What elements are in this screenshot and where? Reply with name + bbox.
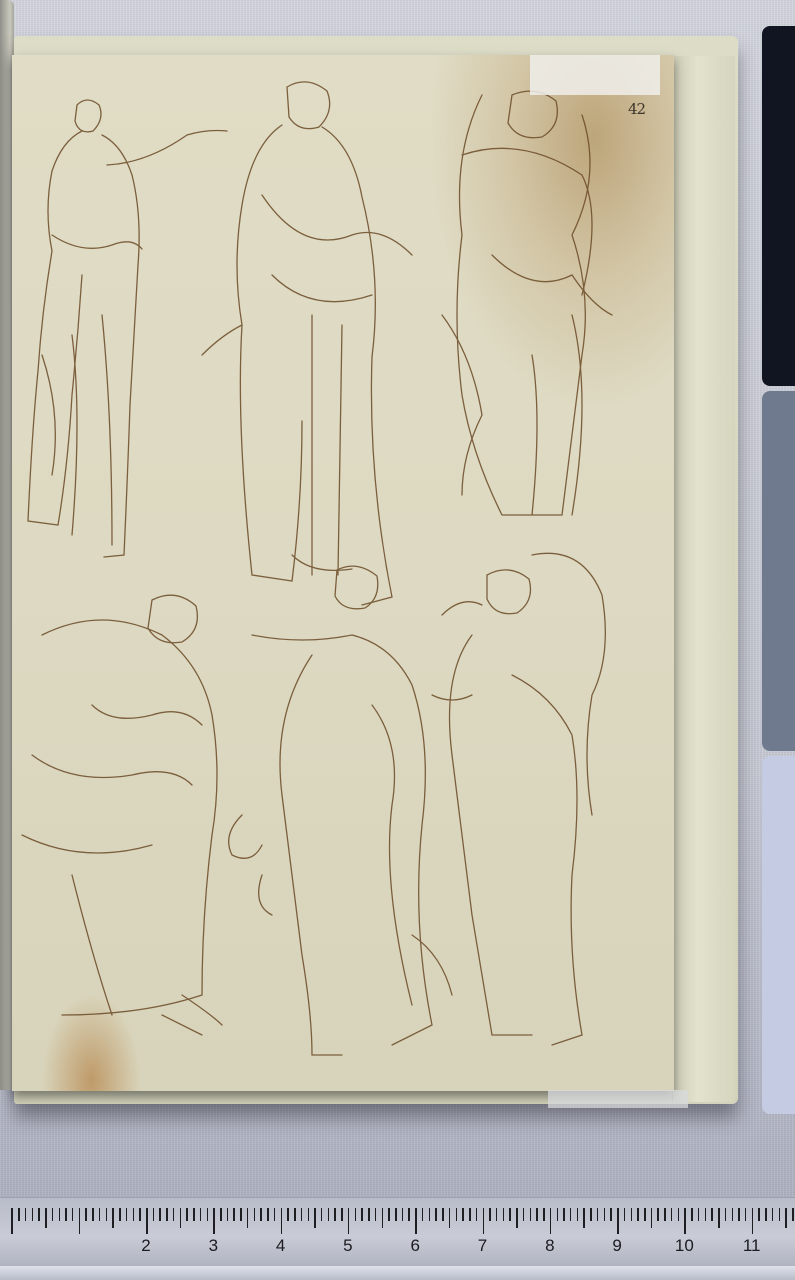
- ruler-tick: [159, 1208, 161, 1221]
- ruler-tick: [287, 1208, 289, 1221]
- ruler-label: 5: [343, 1236, 352, 1256]
- ruler-tick: [422, 1208, 424, 1221]
- color-swatch-black: [762, 26, 795, 386]
- color-swatch-gray: [762, 391, 795, 751]
- ruler-tick: [348, 1208, 350, 1234]
- ruler-tick: [133, 1208, 135, 1221]
- ruler-tick: [38, 1208, 40, 1221]
- ruler-tick: [321, 1208, 323, 1221]
- ruler-tick: [758, 1208, 760, 1221]
- figure-bottom-left: [22, 595, 222, 1035]
- ruler-tick: [671, 1208, 673, 1221]
- ruler-tick: [563, 1208, 565, 1221]
- folio-number: 42: [628, 100, 645, 118]
- ruler-tick: [274, 1208, 276, 1221]
- ruler-tick: [718, 1208, 720, 1228]
- ruler-tick: [79, 1208, 81, 1234]
- ruler-tick: [173, 1208, 175, 1221]
- ruler-tick: [375, 1208, 377, 1221]
- figure-bottom-right: [432, 553, 605, 1045]
- ruler-tick: [85, 1208, 87, 1221]
- ruler-label: 6: [410, 1236, 419, 1256]
- ruler-tick: [153, 1208, 155, 1221]
- ruler-edge: [0, 1266, 795, 1280]
- ruler-tick: [738, 1208, 740, 1221]
- ruler-tick: [254, 1208, 256, 1221]
- ruler-tick: [610, 1208, 612, 1221]
- ruler-tick: [557, 1208, 559, 1221]
- ruler-tick: [207, 1208, 209, 1221]
- ruler-tick: [72, 1208, 74, 1221]
- ruler-tick: [247, 1208, 249, 1228]
- ruler-tick: [476, 1208, 478, 1221]
- ruler-tick: [462, 1208, 464, 1221]
- ruler-tick: [92, 1208, 94, 1221]
- ruler-tick: [260, 1208, 262, 1221]
- ruler-tick: [388, 1208, 390, 1221]
- ruler-tick: [644, 1208, 646, 1221]
- ruler-label: 7: [478, 1236, 487, 1256]
- ruler-tick: [382, 1208, 384, 1228]
- ruler-tick: [442, 1208, 444, 1221]
- ruler-tick: [32, 1208, 34, 1221]
- ruler-label: 3: [209, 1236, 218, 1256]
- ruler-tick: [752, 1208, 754, 1234]
- figure-top-left: [28, 100, 227, 557]
- ruler-tick: [240, 1208, 242, 1221]
- ruler-tick: [765, 1208, 767, 1221]
- ruler-tick: [361, 1208, 363, 1221]
- ruler-tick: [180, 1208, 182, 1228]
- ruler-tick: [631, 1208, 633, 1221]
- ruler-label: 10: [675, 1236, 694, 1256]
- figure-top-right: [442, 91, 612, 515]
- ruler-tick: [604, 1208, 606, 1221]
- ruler-tick: [301, 1208, 303, 1221]
- figure-top-center: [202, 82, 412, 605]
- ruler-tick: [52, 1208, 54, 1221]
- ruler-tick: [45, 1208, 47, 1228]
- figure-sketches: [12, 55, 674, 1091]
- ruler-tick: [523, 1208, 525, 1221]
- ruler-tick: [99, 1208, 101, 1221]
- ruler-tick: [65, 1208, 67, 1221]
- ruler-tick: [415, 1208, 417, 1234]
- ruler-tick: [368, 1208, 370, 1221]
- ruler-tick: [657, 1208, 659, 1221]
- ruler-tick: [200, 1208, 202, 1221]
- ruler-label: 9: [612, 1236, 621, 1256]
- ruler-tick: [483, 1208, 485, 1234]
- ruler-tick: [725, 1208, 727, 1221]
- figure-bottom-center: [229, 566, 452, 1055]
- ruler-tick: [711, 1208, 713, 1221]
- color-swatch-light: [762, 756, 795, 1114]
- ruler-tick: [577, 1208, 579, 1221]
- ruler-tick: [334, 1208, 336, 1221]
- ruler-tick: [429, 1208, 431, 1221]
- ruler-tick: [792, 1208, 794, 1221]
- ruler-tick: [496, 1208, 498, 1221]
- ruler-tick: [779, 1208, 781, 1221]
- scale-ruler: 234567891011: [0, 1197, 795, 1268]
- ruler-tick: [785, 1208, 787, 1228]
- ruler-tick: [456, 1208, 458, 1221]
- ruler-tick: [328, 1208, 330, 1221]
- ruler-tick: [503, 1208, 505, 1221]
- ruler-tick: [469, 1208, 471, 1221]
- tape-top: [530, 55, 660, 95]
- ruler-tick: [617, 1208, 619, 1234]
- ruler-tick: [435, 1208, 437, 1221]
- ruler-tick: [186, 1208, 188, 1221]
- ruler-tick: [590, 1208, 592, 1221]
- ruler-tick: [395, 1208, 397, 1221]
- ruler-tick: [267, 1208, 269, 1221]
- ruler-tick: [530, 1208, 532, 1221]
- ruler-tick: [745, 1208, 747, 1221]
- ruler-tick: [314, 1208, 316, 1228]
- ruler-tick: [691, 1208, 693, 1221]
- ruler-tick: [664, 1208, 666, 1221]
- ruler-tick: [516, 1208, 518, 1228]
- ruler-tick: [583, 1208, 585, 1228]
- ruler-tick: [705, 1208, 707, 1221]
- folder-flap: [672, 56, 735, 1102]
- ruler-label: 8: [545, 1236, 554, 1256]
- ruler-tick: [732, 1208, 734, 1221]
- ruler-tick: [112, 1208, 114, 1228]
- ruler-tick: [637, 1208, 639, 1221]
- ruler-tick: [543, 1208, 545, 1221]
- ruler-tick: [106, 1208, 108, 1221]
- ruler-tick: [139, 1208, 141, 1221]
- ruler-tick: [220, 1208, 222, 1221]
- ruler-tick: [281, 1208, 283, 1234]
- ruler-tick: [18, 1208, 20, 1221]
- ruler-tick: [213, 1208, 215, 1234]
- ruler-tick: [509, 1208, 511, 1221]
- ruler-tick: [308, 1208, 310, 1221]
- ruler-tick: [294, 1208, 296, 1221]
- ruler-label: 4: [276, 1236, 285, 1256]
- ruler-tick: [570, 1208, 572, 1221]
- ruler-tick: [233, 1208, 235, 1221]
- ruler-tick: [341, 1208, 343, 1221]
- ruler-tick: [684, 1208, 686, 1234]
- ruler-tick: [624, 1208, 626, 1221]
- ruler-tick: [597, 1208, 599, 1221]
- ruler-tick: [59, 1208, 61, 1221]
- ruler-tick: [651, 1208, 653, 1228]
- ruler-tick: [11, 1208, 13, 1234]
- ruler-tick: [193, 1208, 195, 1221]
- ruler-tick: [402, 1208, 404, 1221]
- ruler-tick: [119, 1208, 121, 1221]
- ruler-tick: [408, 1208, 410, 1221]
- ruler-tick: [772, 1208, 774, 1221]
- ruler-label: 2: [141, 1236, 150, 1256]
- ruler-tick: [227, 1208, 229, 1221]
- ruler-tick: [678, 1208, 680, 1221]
- ruler-tick: [489, 1208, 491, 1221]
- ruler-tick: [536, 1208, 538, 1221]
- ruler-tick: [698, 1208, 700, 1221]
- ruler-tick: [449, 1208, 451, 1228]
- ruler-tick: [166, 1208, 168, 1221]
- ruler-label: 11: [743, 1236, 761, 1256]
- ruler-tick: [146, 1208, 148, 1234]
- ruler-tick: [25, 1208, 27, 1221]
- ruler-tick: [126, 1208, 128, 1221]
- tape-bottom: [548, 1090, 688, 1108]
- ruler-tick: [550, 1208, 552, 1234]
- ruler-tick: [355, 1208, 357, 1221]
